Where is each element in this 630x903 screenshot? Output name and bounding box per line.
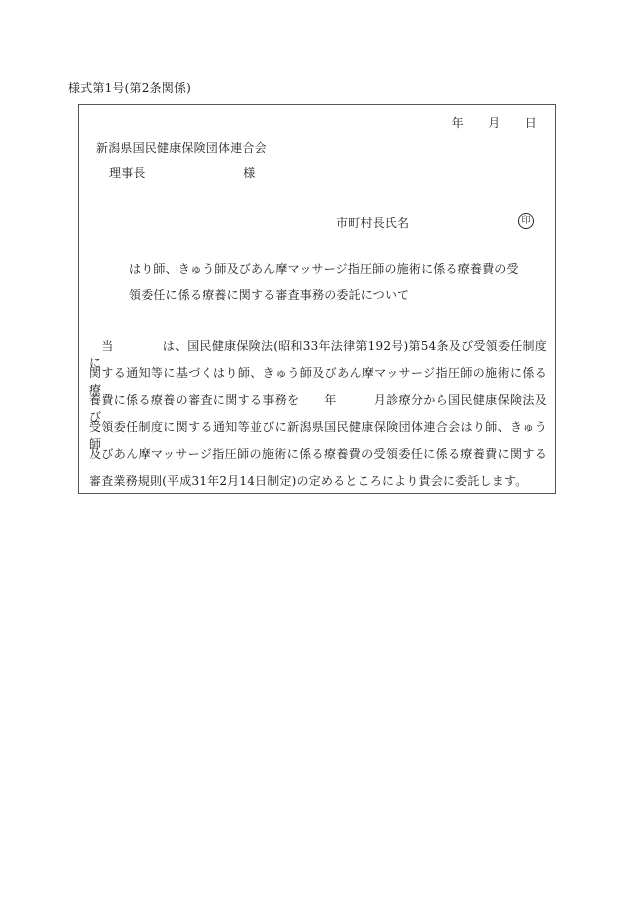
addressee-title-line: 理事長 様 (109, 165, 255, 182)
document-page: 様式第1号(第2条関係) 年 月 日 新潟県国民健康保険団体連合会 理事長 様 … (0, 0, 630, 903)
body-line: 及びあん摩マッサージ指圧師の施術に係る療養費の受領委任に係る療養費に関する (89, 446, 547, 463)
subject-line: 領委任に係る療養に関する審査事務の委託について (129, 287, 409, 304)
addressee-organization: 新潟県国民健康保険団体連合会 (96, 140, 267, 157)
letter-border-box: 年 月 日 新潟県国民健康保険団体連合会 理事長 様 市町村長氏名 印 はり師、… (78, 104, 556, 494)
subject-line: はり師、きゅう師及びあん摩マッサージ指圧師の施術に係る療養費の受 (129, 261, 519, 278)
mayor-name-label: 市町村長氏名 (336, 215, 409, 232)
date-blank-line: 年 月 日 (452, 115, 537, 132)
body-line: 審査業務規則(平成31年2月14日制定)の定めるところにより貴会に委託します。 (89, 473, 547, 490)
form-number-label: 様式第1号(第2条関係) (68, 80, 191, 97)
seal-mark-icon: 印 (518, 213, 534, 229)
